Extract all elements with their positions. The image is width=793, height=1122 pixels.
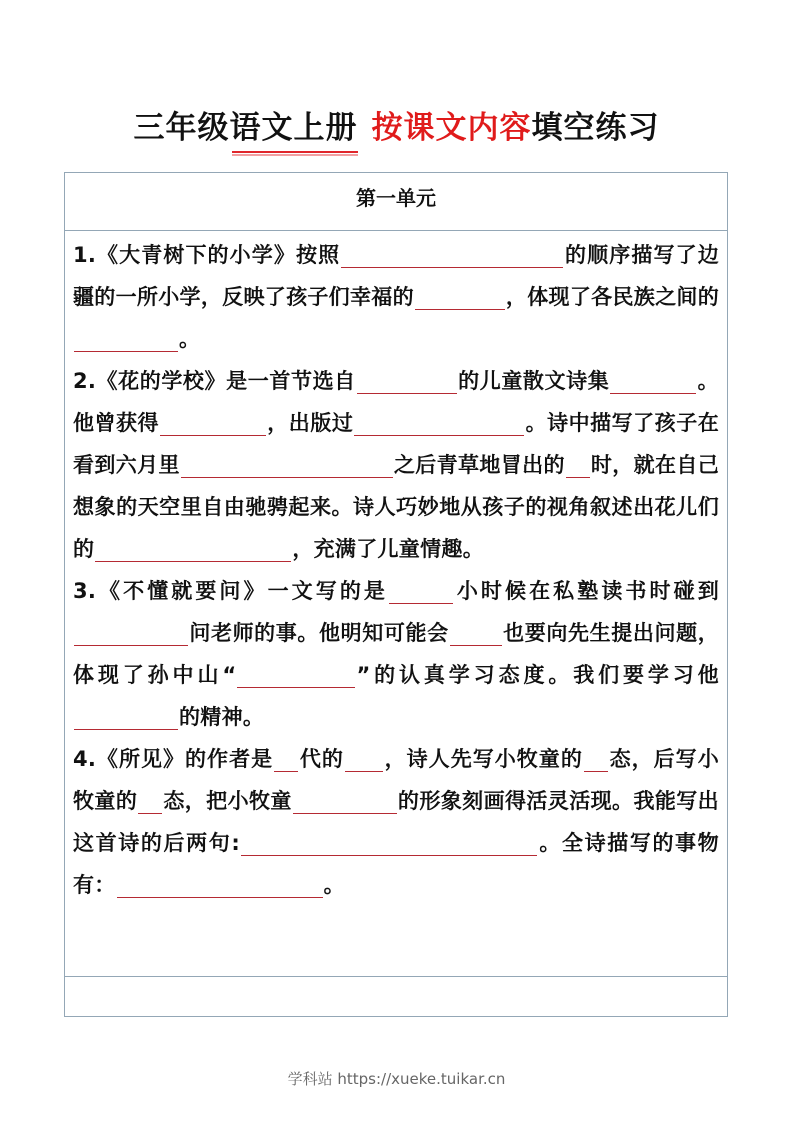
- answer-blank[interactable]: [584, 747, 608, 772]
- answer-blank[interactable]: [566, 453, 590, 478]
- question-text: ”的认真学习态度。我们要学习他: [356, 663, 719, 687]
- answer-blank[interactable]: [241, 831, 537, 856]
- question-text: 2.《花的学校》是一首节选自: [73, 369, 356, 393]
- question-text: 3.《不懂就要问》一文写的是: [73, 579, 388, 603]
- question-text: ，体现了各民族之间的: [506, 285, 719, 309]
- question-1: 1.《大青树下的小学》按照的顺序描写了边疆的一所小学，反映了孩子们幸福的，体现了…: [73, 234, 719, 360]
- answer-blank[interactable]: [74, 621, 188, 646]
- answer-blank[interactable]: [354, 411, 524, 436]
- answer-blank[interactable]: [138, 789, 162, 814]
- question-text: 问老师的事。他明知可能会: [189, 621, 449, 645]
- question-text: 。: [324, 873, 345, 897]
- answer-blank[interactable]: [237, 663, 355, 688]
- answer-blank[interactable]: [74, 327, 178, 352]
- footer-watermark: 学科站 https://xueke.tuikar.cn: [0, 1068, 793, 1089]
- title-subject-underlined: 语文上册: [230, 108, 358, 148]
- answer-blank[interactable]: [389, 579, 453, 604]
- worksheet-table: 第一单元 1.《大青树下的小学》按照的顺序描写了边疆的一所小学，反映了孩子们幸福…: [64, 172, 728, 1017]
- question-text: 之后青草地冒出的: [394, 453, 565, 477]
- answer-blank[interactable]: [341, 243, 563, 268]
- answer-blank[interactable]: [450, 621, 502, 646]
- question-text: 4.《所见》的作者是: [73, 747, 273, 771]
- question-2: 2.《花的学校》是一首节选自的儿童散文诗集。他曾获得，出版过。诗中描写了孩子在看…: [73, 360, 719, 570]
- answer-blank[interactable]: [74, 705, 178, 730]
- answer-blank[interactable]: [293, 789, 397, 814]
- questions-area: 1.《大青树下的小学》按照的顺序描写了边疆的一所小学，反映了孩子们幸福的，体现了…: [65, 231, 727, 906]
- question-4: 4.《所见》的作者是代的，诗人先写小牧童的态，后写小牧童的态，把小牧童的形象刻画…: [73, 738, 719, 906]
- worksheet-title: 三年级语文上册按课文内容填空练习: [0, 108, 793, 148]
- unit-heading: 第一单元: [65, 173, 727, 231]
- answer-blank[interactable]: [345, 747, 383, 772]
- question-text: 的儿童散文诗集: [458, 369, 610, 393]
- question-text: 态，把小牧童: [163, 789, 292, 813]
- question-3: 3.《不懂就要问》一文写的是小时候在私塾读书时碰到问老师的事。他明知可能会也要向…: [73, 570, 719, 738]
- title-grade: 三年级: [134, 110, 230, 146]
- answer-blank[interactable]: [95, 537, 291, 562]
- question-text: ，充满了儿童情趣。: [292, 537, 484, 561]
- question-text: 的精神。: [179, 705, 264, 729]
- answer-blank[interactable]: [610, 369, 696, 394]
- answer-blank[interactable]: [181, 453, 393, 478]
- question-text: 1.《大青树下的小学》按照: [73, 243, 340, 267]
- empty-table-row: [65, 976, 727, 1018]
- answer-blank[interactable]: [415, 285, 505, 310]
- question-text: ，出版过: [267, 411, 353, 435]
- answer-blank[interactable]: [160, 411, 266, 436]
- question-text: 小时候在私塾读书时碰到: [454, 579, 719, 603]
- question-text: ，诗人先写小牧童的: [384, 747, 583, 771]
- question-text: 。: [179, 327, 200, 351]
- question-text: 代的: [299, 747, 344, 771]
- title-exercise-type: 填空练习: [532, 110, 660, 146]
- title-red-emphasis: 按课文内容: [372, 110, 532, 146]
- answer-blank[interactable]: [357, 369, 457, 394]
- answer-blank[interactable]: [274, 747, 298, 772]
- answer-blank[interactable]: [117, 873, 323, 898]
